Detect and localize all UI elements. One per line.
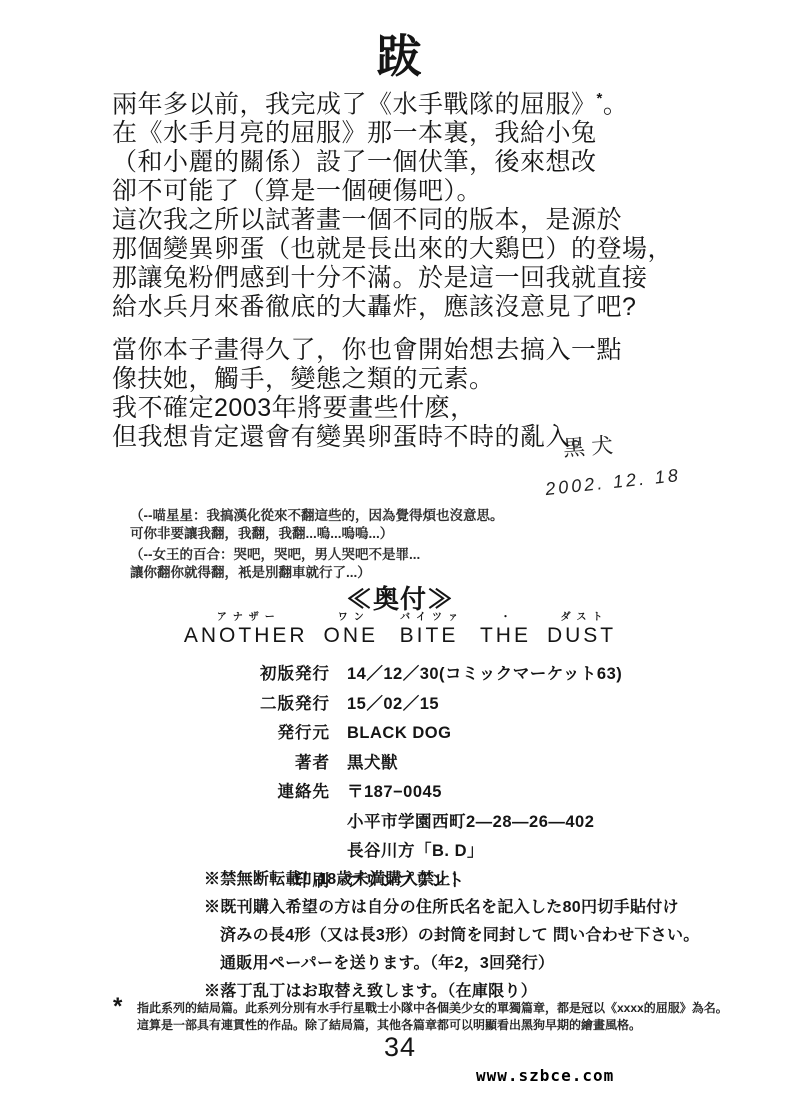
colophon-value: 小平市学園西町2—28—26—402 [347, 808, 594, 832]
colophon-value: BLACK DOG [347, 724, 451, 743]
signature-date: 2002. 12. 18 [544, 465, 682, 500]
footnote-line: 這算是一部具有連貫性的作品。除了結局篇，其他各篇章都可以明顯看出黑狗早期的繪畫風… [137, 1017, 737, 1034]
book-title-word: ワン ONE [324, 612, 379, 648]
colophon-value: 長谷川方「B. D」 [347, 837, 484, 861]
book-title-word: ・ THE [480, 612, 531, 648]
text-line: 當你本子畫得久了，你也會開始想去搞入一點 [112, 336, 712, 365]
text-line: 那個變異卵蛋（也就是長出來的大鷄巴）的登場， [112, 235, 712, 264]
text-line: 那讓兔粉們感到十分不滿。於是這一回我就直接 [112, 264, 712, 293]
colophon-row: 初版発行 14／12／30(コミックマーケット63) [202, 660, 622, 690]
furigana: ワン [332, 612, 370, 624]
title-word: BITE [400, 624, 459, 648]
colophon-value: 黒犬獣 [347, 749, 398, 773]
text-line: 給水兵月來番徹底的大轟炸，應該沒意見了吧? [112, 293, 712, 322]
translator-note-line: （--喵星星：我搞漢化從來不翻這些的，因為覺得煩也沒意思。 [130, 507, 504, 525]
colophon-label: 二版発行 [202, 690, 330, 714]
colophon-heading: ≪奥付≫ [0, 579, 800, 616]
book-title-word: アナザー ANOTHER [184, 612, 308, 648]
colophon-row: 長谷川方「B. D」 [202, 837, 622, 867]
colophon-row: 二版発行 15／02／15 [202, 690, 622, 720]
translator-notes: （--喵星星：我搞漢化從來不翻這些的，因為覺得煩也沒意思。 可你非要讓我翻，我翻… [130, 507, 504, 582]
text-segment: 兩年多以前，我完成了《水手戰隊的屈服》 [112, 90, 597, 118]
colophon-value: 〒187−0045 [347, 778, 442, 802]
colophon-row: 連絡先 〒187−0045 [202, 778, 622, 808]
furigana: アナザー [211, 612, 281, 624]
colophon-value: 15／02／15 [347, 690, 439, 714]
publication-notes: ※禁無断転載！18歳未満購入禁止！ ※既刊購入希望の方は自分の住所氏名を記入した… [204, 866, 700, 1006]
page-title: 跋 [0, 20, 800, 85]
furigana: ・ [494, 612, 516, 624]
colophon-row: 発行元 BLACK DOG [202, 719, 622, 749]
afterword-paragraph-2: 當你本子畫得久了，你也會開始想去搞入一點 像扶她，觸手，變態之類的元素。 我不確… [112, 336, 712, 452]
publication-note-line: ※既刊購入希望の方は自分の住所氏名を記入した80円切手貼付け [204, 894, 700, 922]
colophon-table: 初版発行 14／12／30(コミックマーケット63) 二版発行 15／02／15… [202, 660, 622, 896]
furigana: バイツァ [394, 612, 464, 624]
furigana: ダスト [555, 612, 609, 624]
colophon-row: 小平市学園西町2—28—26—402 [202, 808, 622, 838]
scanned-afterword-page: 跋 兩年多以前，我完成了《水手戰隊的屈服》*。 在《水手月亮的屈服》那一本裏，我… [0, 0, 800, 1110]
translator-note-line: 可你非要讓我翻，我翻，我翻...嗚...嗚嗚...） [130, 525, 504, 543]
colophon-label: 発行元 [202, 719, 330, 743]
publication-note-line: ※禁無断転載！18歳未満購入禁止！ [204, 866, 700, 894]
page-number: 34 [0, 1032, 800, 1063]
watermark: www.szbce.com [476, 1066, 614, 1085]
colophon-label: 初版発行 [202, 660, 330, 684]
text-line: 兩年多以前，我完成了《水手戰隊的屈服》*。 [112, 84, 712, 119]
text-line: 但我想肯定還會有變異卵蛋時不時的亂入。 [112, 423, 712, 452]
book-title: アナザー ANOTHER ワン ONE バイツァ BITE ・ THE ダスト … [0, 612, 800, 648]
text-line: 我不確定2003年將要畫些什麽， [112, 394, 712, 423]
text-line: 這次我之所以試著畫一個不同的版本，是源於 [112, 206, 712, 235]
colophon-row: 著者 黒犬獣 [202, 749, 622, 779]
footnote-text: 指此系列的結局篇。此系列分別有水手行星戰士小隊中各個美少女的單獨篇章，都是冠以《… [137, 1000, 737, 1033]
footnote-marker: * [113, 993, 122, 1021]
book-title-word: ダスト DUST [547, 612, 616, 648]
publication-note-line: 通販用ペーパーを送ります。（年2，3回発行） [204, 950, 700, 978]
colophon-label: 著者 [202, 749, 330, 773]
text-line: 卻不可能了（算是一個硬傷吧）。 [112, 177, 712, 206]
text-line: 像扶她，觸手，變態之類的元素。 [112, 365, 712, 394]
text-line: 在《水手月亮的屈服》那一本裏，我給小兔 [112, 119, 712, 148]
text-segment: 。 [603, 90, 629, 118]
author-signature: 黒犬 [562, 428, 620, 463]
text-line: （和小麗的關係）設了一個伏筆，後來想改 [112, 148, 712, 177]
translator-note-line: （--女王的百合：哭吧，哭吧，男人哭吧不是罪... [130, 546, 504, 564]
publication-note-line: 済みの長4形（又は長3形）の封筒を同封して 問い合わせ下さい。 [204, 922, 700, 950]
title-word: ONE [324, 624, 379, 648]
book-title-word: バイツァ BITE [394, 612, 464, 648]
title-word: ANOTHER [184, 624, 308, 648]
footnote-line: 指此系列的結局篇。此系列分別有水手行星戰士小隊中各個美少女的單獨篇章，都是冠以《… [137, 1000, 737, 1017]
title-word: THE [480, 624, 531, 648]
title-word: DUST [547, 624, 616, 648]
colophon-value: 14／12／30(コミックマーケット63) [347, 660, 622, 684]
colophon-label: 連絡先 [202, 778, 330, 802]
afterword-body: 兩年多以前，我完成了《水手戰隊的屈服》*。 在《水手月亮的屈服》那一本裏，我給小… [112, 84, 712, 452]
